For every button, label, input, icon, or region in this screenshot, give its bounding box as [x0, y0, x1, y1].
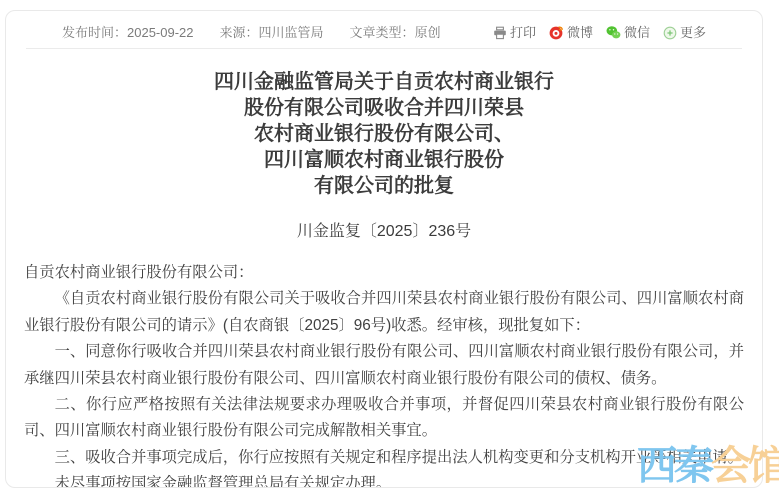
source-label: 来源：: [220, 25, 259, 40]
article-type: 文章类型：原创: [350, 25, 441, 40]
weibo-label: 微博: [567, 25, 593, 40]
printer-icon: [493, 26, 510, 40]
more-share-button[interactable]: 更多: [663, 25, 706, 40]
share-actions: 打印 微博 微信 更多: [480, 25, 706, 40]
article-type-label: 文章类型：: [350, 25, 415, 40]
article-meta-bar: 发布时间：2025-09-22 来源：四川监管局 文章类型：原创 打印 微博 微…: [6, 11, 762, 40]
title-line: 四川金融监管局关于自贡农村商业银行: [6, 69, 762, 95]
paragraph: 一、同意你行吸收合并四川荣县农村商业银行股份有限公司、四川富顺农村商业银行股份有…: [24, 339, 744, 392]
title-line: 有限公司的批复: [6, 173, 762, 199]
publish-time: 发布时间：2025-09-22: [62, 25, 194, 40]
article-type-value: 原创: [415, 25, 441, 40]
print-label: 打印: [510, 25, 536, 40]
document-number: 川金监复〔2025〕236号: [6, 222, 762, 241]
publish-time-value: 2025-09-22: [127, 25, 194, 40]
weibo-share-button[interactable]: 微博: [549, 25, 593, 40]
wechat-share-button[interactable]: 微信: [606, 25, 650, 40]
document-body: 自贡农村商业银行股份有限公司： 《自贡农村商业银行股份有限公司关于吸收合并四川荣…: [24, 260, 744, 488]
publish-time-label: 发布时间：: [62, 25, 127, 40]
source-value: 四川监管局: [259, 25, 324, 40]
source: 来源：四川监管局: [220, 25, 324, 40]
wechat-label: 微信: [624, 25, 650, 40]
paragraph: 未尽事项按国家金融监督管理总局有关规定办理。: [24, 471, 744, 488]
paragraph: 二、你行应严格按照有关法律法规要求办理吸收合并事项，并督促四川荣县农村商业银行股…: [24, 392, 744, 445]
more-label: 更多: [680, 25, 706, 40]
article-card: 发布时间：2025-09-22 来源：四川监管局 文章类型：原创 打印 微博 微…: [5, 10, 763, 488]
salutation-paragraph: 自贡农村商业银行股份有限公司：: [24, 260, 744, 286]
paragraph: 三、吸收合并事项完成后，你行应按照有关规定和程序提出法人机构变更和分支机构开业等…: [24, 445, 744, 471]
article-meta-info: 发布时间：2025-09-22 来源：四川监管局 文章类型：原创: [62, 25, 467, 40]
paragraph: 《自贡农村商业银行股份有限公司关于吸收合并四川荣县农村商业银行股份有限公司、四川…: [24, 286, 744, 339]
title-line: 农村商业银行股份有限公司、: [6, 121, 762, 147]
wechat-icon: [606, 25, 624, 40]
title-line: 股份有限公司吸收合并四川荣县: [6, 95, 762, 121]
page: { "colors": { "card_border": "#e9e9e9", …: [0, 0, 779, 494]
document-title: 四川金融监管局关于自贡农村商业银行 股份有限公司吸收合并四川荣县 农村商业银行股…: [6, 69, 762, 199]
title-line: 四川富顺农村商业银行股份: [6, 147, 762, 173]
weibo-icon: [549, 25, 567, 40]
more-icon: [663, 26, 680, 40]
header-divider: [26, 48, 742, 49]
print-button[interactable]: 打印: [493, 25, 536, 40]
